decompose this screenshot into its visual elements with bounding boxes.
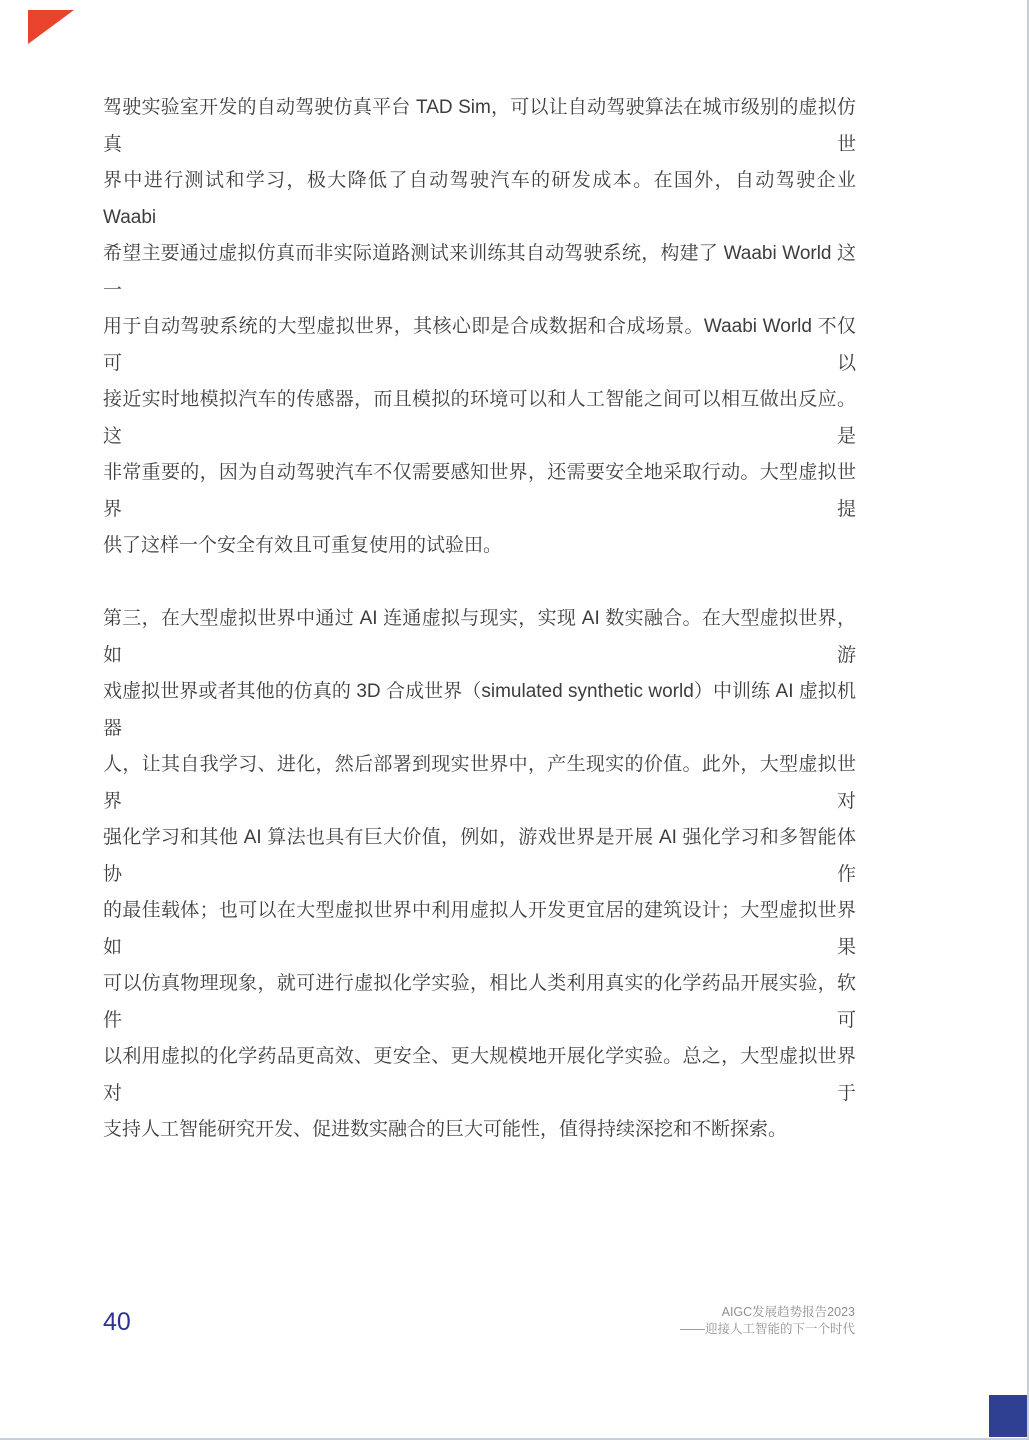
page-body-text: 驾驶实验室开发的自动驾驶仿真平台 TAD Sim，可以让自动驾驶算法在城市级别的… bbox=[103, 90, 856, 1185]
body-text-line: 支持人工智能研究开发、促进数实融合的巨大可能性，值得持续深挖和不断探索。 bbox=[103, 1112, 856, 1149]
body-text-line: 人，让其自我学习、进化，然后部署到现实世界中，产生现实的价值。此外，大型虚拟世界… bbox=[103, 747, 856, 820]
body-text-line: 第三，在大型虚拟世界中通过 AI 连通虚拟与现实，实现 AI 数实融合。在大型虚… bbox=[103, 601, 856, 674]
paragraph-autonomous-driving: 驾驶实验室开发的自动驾驶仿真平台 TAD Sim，可以让自动驾驶算法在城市级别的… bbox=[103, 90, 856, 565]
footer-report-title: AIGC发展趋势报告2023 bbox=[680, 1304, 855, 1321]
page-number: 40 bbox=[103, 1308, 131, 1337]
body-text-line: 可以仿真物理现象，就可进行虚拟化学实验，相比人类利用真实的化学药品开展实验，软件… bbox=[103, 966, 856, 1039]
red-corner-triangle-accent bbox=[28, 10, 74, 44]
body-text-line: 希望主要通过虚拟仿真而非实际道路测试来训练其自动驾驶系统，构建了 Waabi W… bbox=[103, 236, 856, 309]
body-text-line: 以利用虚拟的化学药品更高效、更安全、更大规模地开展化学实验。总之，大型虚拟世界对… bbox=[103, 1039, 856, 1112]
body-text-line: 戏虚拟世界或者其他的仿真的 3D 合成世界（simulated syntheti… bbox=[103, 674, 856, 747]
body-text-line: 非常重要的，因为自动驾驶汽车不仅需要感知世界，还需要安全地采取行动。大型虚拟世界… bbox=[103, 455, 856, 528]
footer-report-subtitle: ——迎接人工智能的下一个时代 bbox=[680, 1321, 855, 1338]
paragraph-ai-virtual-real-fusion: 第三，在大型虚拟世界中通过 AI 连通虚拟与现实，实现 AI 数实融合。在大型虚… bbox=[103, 601, 856, 1149]
body-text-line: 接近实时地模拟汽车的传感器，而且模拟的环境可以和人工智能之间可以相互做出反应。这… bbox=[103, 382, 856, 455]
blue-corner-bar-accent bbox=[989, 1395, 1027, 1437]
body-text-line: 用于自动驾驶系统的大型虚拟世界，其核心即是合成数据和合成场景。Waabi Wor… bbox=[103, 309, 856, 382]
body-text-line: 强化学习和其他 AI 算法也具有巨大价值，例如，游戏世界是开展 AI 强化学习和… bbox=[103, 820, 856, 893]
body-text-line: 供了这样一个安全有效且可重复使用的试验田。 bbox=[103, 528, 856, 565]
footer-report-info: AIGC发展趋势报告2023 ——迎接人工智能的下一个时代 bbox=[680, 1304, 855, 1338]
body-text-line: 驾驶实验室开发的自动驾驶仿真平台 TAD Sim，可以让自动驾驶算法在城市级别的… bbox=[103, 90, 856, 163]
body-text-line: 界中进行测试和学习，极大降低了自动驾驶汽车的研发成本。在国外，自动驾驶企业 Wa… bbox=[103, 163, 856, 236]
body-text-line: 的最佳载体；也可以在大型虚拟世界中利用虚拟人开发更宜居的建筑设计；大型虚拟世界如… bbox=[103, 893, 856, 966]
